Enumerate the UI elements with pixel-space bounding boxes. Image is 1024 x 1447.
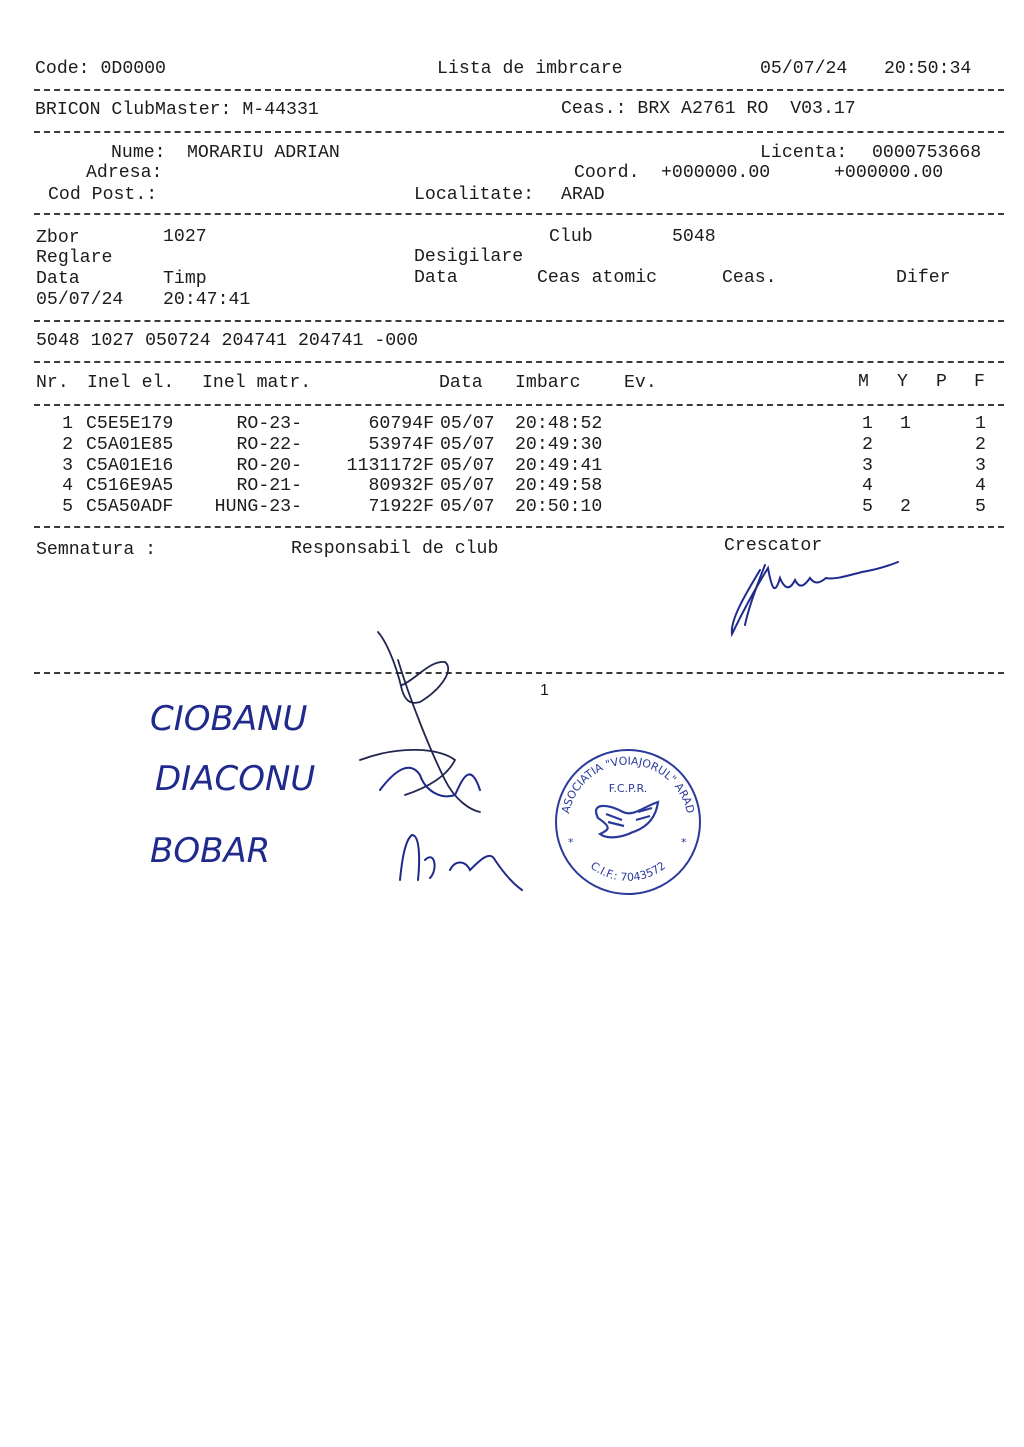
handwriting-layer: CIOBANU DIACONU BOBAR ASOCIATIA "VOIAJOR… — [0, 0, 1024, 1447]
club-responsible-signature — [360, 632, 480, 812]
handwritten-names: CIOBANU DIACONU BOBAR — [150, 699, 315, 871]
svg-text:C.I.F.: 7043572: C.I.F.: 7043572 — [588, 859, 668, 884]
handwritten-name: CIOBANU — [150, 699, 308, 739]
initials-signatures — [380, 768, 522, 890]
handwritten-name: DIACONU — [155, 759, 315, 799]
svg-text:F.C.P.R.: F.C.P.R. — [609, 782, 647, 795]
svg-text:*: * — [681, 836, 687, 849]
svg-text:*: * — [568, 836, 574, 849]
dove-icon — [596, 802, 658, 837]
club-stamp: ASOCIATIA "VOIAJORUL" ARAD C.I.F.: 70435… — [556, 750, 700, 894]
handwritten-name: BOBAR — [150, 831, 270, 871]
breeder-signature — [732, 562, 898, 634]
